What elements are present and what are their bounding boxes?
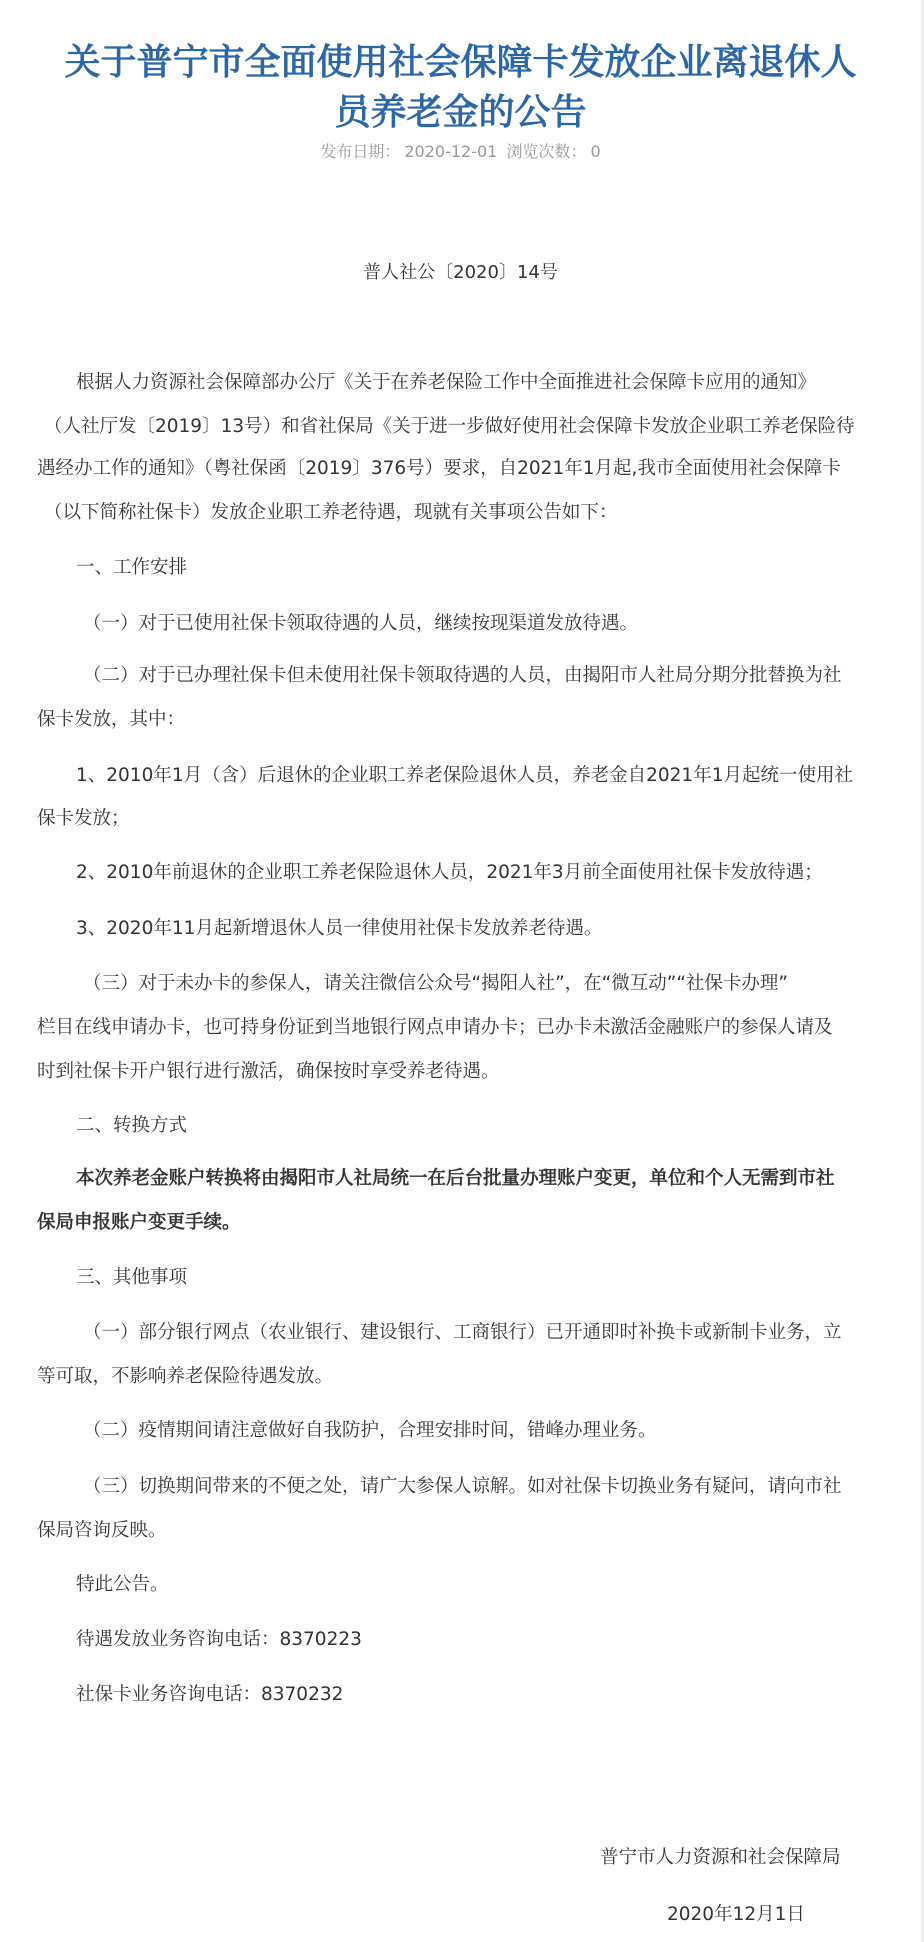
section-heading: 一、工作安排	[76, 555, 187, 581]
body-line: 等可取，不影响养老保险待遇发放。	[37, 1364, 333, 1390]
body-line: 1、2010年1月（含）后退休的企业职工养老保险退休人员，养老金自2021年1月…	[76, 763, 853, 789]
body-line-bold: 本次养老金账户转换将由揭阳市人社局统一在后台批量办理账户变更，单位和个人无需到市…	[76, 1166, 835, 1192]
body-line: 保卡发放，其中：	[37, 707, 185, 733]
title-line-1: 关于普宁市全面使用社会保障卡发放企业离退休人	[0, 38, 921, 88]
document-number: 普人社公〔2020〕14号	[0, 260, 921, 286]
body-line: （二）疫情期间请注意做好自我防护，合理安排时间，错峰办理业务。	[83, 1418, 657, 1444]
contact-phone-payment: 待遇发放业务咨询电话：8370223	[76, 1627, 362, 1653]
body-line: 时到社保卡开户银行进行激活，确保按时享受养老待遇。	[37, 1059, 500, 1085]
article-meta: 发布日期：2020-12-01 浏览次数：0	[0, 140, 921, 164]
body-line: 3、2020年11月起新增退休人员一律使用社保卡发放养老待遇。	[76, 916, 602, 942]
body-line: 保卡发放；	[37, 806, 130, 832]
signature-agency: 普宁市人力资源和社会保障局	[600, 1845, 841, 1871]
section-heading: 二、转换方式	[76, 1113, 187, 1139]
views-count: 0	[590, 142, 600, 161]
body-line: （一）部分银行网点（农业银行、建设银行、工商银行）已开通即时补换卡或新制卡业务，…	[83, 1320, 842, 1346]
body-line: （三）对于未办卡的参保人，请关注微信公众号“揭阳人社”，在“微互动”“社保卡办理…	[83, 971, 788, 997]
body-line-bold: 保局申报账户变更手续。	[37, 1210, 241, 1236]
views-label: 浏览次数：	[506, 142, 586, 161]
body-line: 保局咨询反映。	[37, 1518, 167, 1544]
closing-line: 特此公告。	[76, 1572, 169, 1598]
body-line: （人社厅发〔2019〕13号）和省社保局《关于进一步做好使用社会保障卡发放企业职…	[44, 414, 855, 440]
body-line: 栏目在线申请办卡，也可持身份证到当地银行网点申请办卡；已办卡未激活金融账户的参保…	[37, 1015, 833, 1041]
publish-date-label: 发布日期：	[320, 142, 400, 161]
body-line: 根据人力资源社会保障部办公厅《关于在养老保险工作中全面推进社会保障卡应用的通知》	[76, 370, 816, 396]
signature-date: 2020年12月1日	[667, 1902, 805, 1928]
body-line: 遇经办工作的通知》（粤社保函〔2019〕376号）要求，自2021年1月起,我市…	[37, 456, 841, 482]
body-line: 2、2010年前退休的企业职工养老保险退休人员，2021年3月前全面使用社保卡发…	[76, 860, 823, 886]
body-line: （一）对于已使用社保卡领取待遇的人员，继续按现渠道发放待遇。	[83, 611, 638, 637]
body-line: （三）切换期间带来的不便之处，请广大参保人谅解。如对社保卡切换业务有疑问，请向市…	[83, 1474, 842, 1500]
title-line-2: 员养老金的公告	[0, 88, 921, 138]
page-title: 关于普宁市全面使用社会保障卡发放企业离退休人 员养老金的公告	[0, 38, 921, 138]
contact-phone-card: 社保卡业务咨询电话：8370232	[76, 1682, 343, 1708]
section-heading: 三、其他事项	[76, 1265, 187, 1291]
body-line: （二）对于已办理社保卡但未使用社保卡领取待遇的人员，由揭阳市人社局分期分批替换为…	[83, 663, 842, 689]
body-line: （以下简称社保卡）发放企业职工养老待遇，现就有关事项公告如下：	[44, 500, 618, 526]
publish-date: 2020-12-01	[404, 142, 497, 161]
